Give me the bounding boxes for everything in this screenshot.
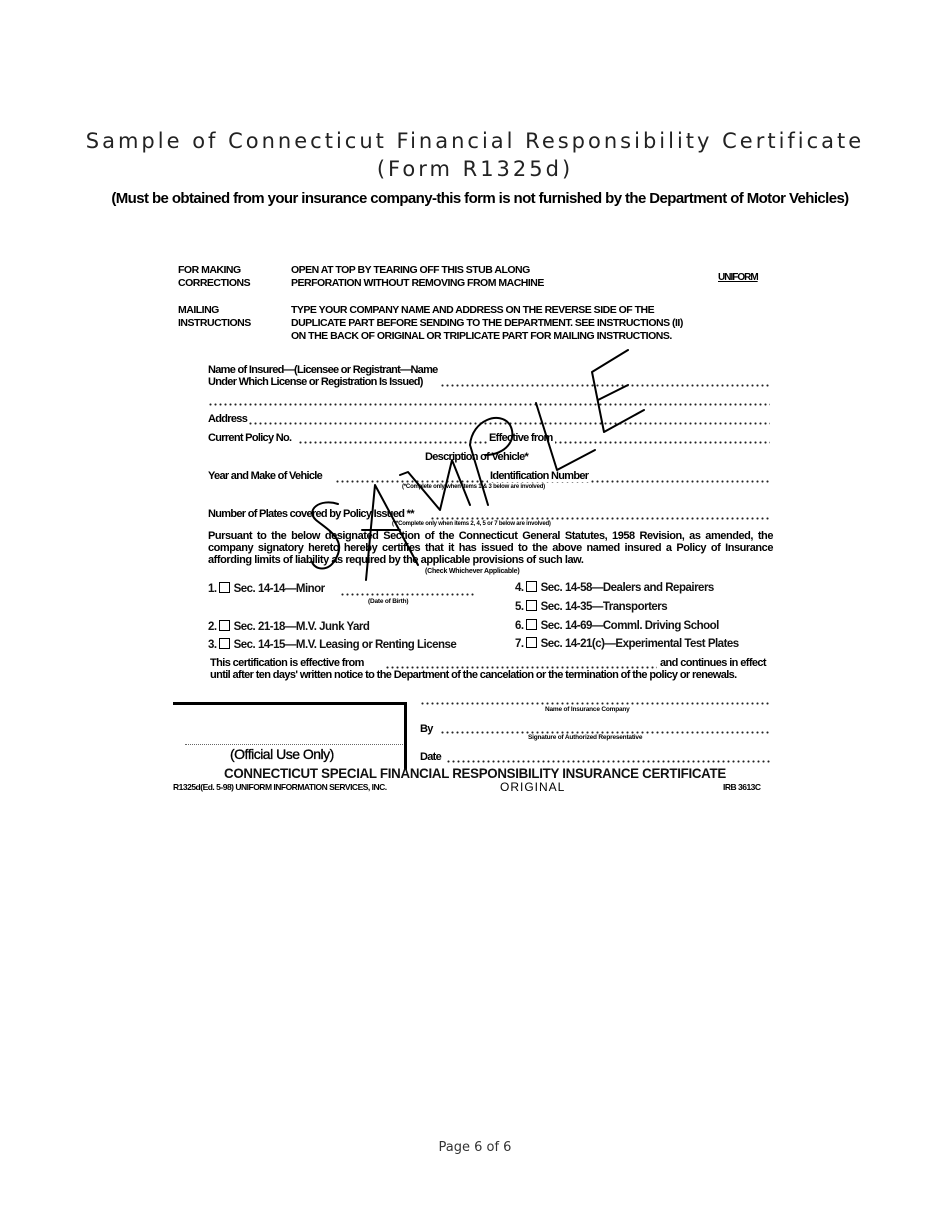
section-checkbox-1[interactable]: [219, 582, 230, 593]
address-label: Address: [208, 413, 249, 425]
name-insured-label-line: Name of Insured—(Licensee or Registrant—…: [208, 364, 438, 376]
section-number: 3.: [208, 639, 217, 651]
name-insured-label: Name of Insured—(Licensee or Registrant—…: [208, 364, 440, 388]
certificate-footer-title: CONNECTICUT SPECIAL FINANCIAL RESPONSIBI…: [185, 765, 765, 781]
pursuant-paragraph: Pursuant to the below designated Section…: [208, 530, 773, 566]
insurance-company-note: Name of Insurance Company: [545, 706, 630, 713]
plates-note: (**Complete only when items 2, 4, 5 or 7…: [392, 521, 551, 528]
mailing-label: MAILING INSTRUCTIONS: [178, 304, 251, 330]
section-label: Sec. 21-18—M.V. Junk Yard: [234, 621, 370, 633]
plates-label: Number of Plates covered by Policy Issue…: [208, 508, 416, 520]
section-checkbox-7[interactable]: [526, 637, 537, 648]
insurance-company-line[interactable]: [420, 702, 770, 705]
name-insured-line[interactable]: [440, 384, 770, 387]
by-label: By: [420, 723, 435, 735]
section-checkbox-4[interactable]: [526, 581, 537, 592]
corrections-text-line: PERFORATION WITHOUT REMOVING FROM MACHIN…: [291, 277, 544, 290]
section-checkbox-5[interactable]: [526, 600, 537, 611]
section-label: Sec. 14-21(c)—Experimental Test Plates: [541, 638, 739, 650]
effective-text-start: This certification is effective from: [210, 657, 364, 669]
section-label: Sec. 14-14—Minor: [234, 583, 325, 595]
section-item-1: 1.Sec. 14-14—Minor: [208, 582, 325, 595]
section-item-3: 3.Sec. 14-15—M.V. Leasing or Renting Lic…: [208, 638, 456, 651]
document-title: Sample of Connecticut Financial Responsi…: [0, 129, 950, 153]
effective-text-notice: until after ten days' written notice to …: [210, 669, 737, 681]
section-item-2: 2.Sec. 21-18—M.V. Junk Yard: [208, 620, 369, 633]
uniform-mark: UNIFORM: [718, 272, 758, 283]
corrections-text-line: OPEN AT TOP BY TEARING OFF THIS STUB ALO…: [291, 264, 544, 277]
date-of-birth-line[interactable]: [340, 593, 475, 596]
page-indicator: Page 6 of 6: [0, 1140, 950, 1155]
effective-from-label: Effective from: [487, 432, 555, 444]
obtain-note: (Must be obtained from your insurance co…: [110, 190, 850, 208]
form-code: IRB 3613C: [723, 782, 761, 792]
section-checkbox-6[interactable]: [526, 619, 537, 630]
form-number-title: (Form R1325d): [0, 157, 950, 181]
mailing-text-line: ON THE BACK OF ORIGINAL OR TRIPLICATE PA…: [291, 330, 683, 343]
name-insured-line-2[interactable]: [208, 403, 770, 406]
policy-number-label: Current Policy No.: [208, 432, 293, 444]
plates-line[interactable]: [430, 517, 770, 520]
section-number: 5.: [515, 601, 524, 613]
address-line[interactable]: [248, 422, 770, 425]
official-use-line: [185, 744, 403, 745]
vehicle-note: (*Complete only when items 1 & 3 below a…: [402, 484, 545, 491]
section-item-5: 5.Sec. 14-35—Transporters: [515, 600, 667, 613]
date-line[interactable]: [446, 760, 770, 763]
effective-text-continues: and continues in effect: [660, 657, 766, 669]
section-label: Sec. 14-35—Transporters: [541, 601, 668, 613]
mailing-label-line: INSTRUCTIONS: [178, 317, 251, 330]
mailing-text-line: DUPLICATE PART BEFORE SENDING TO THE DEP…: [291, 317, 683, 330]
section-number: 2.: [208, 621, 217, 633]
signature-note: Signature of Authorized Representative: [528, 734, 642, 741]
date-of-birth-note: (Date of Birth): [368, 598, 408, 605]
section-item-7: 7.Sec. 14-21(c)—Experimental Test Plates: [515, 637, 739, 650]
form-edition: R1325d(Ed. 5-98) UNIFORM INFORMATION SER…: [173, 782, 387, 792]
sample-watermark: [0, 0, 950, 1230]
mailing-label-line: MAILING: [178, 304, 251, 317]
corrections-label-line: CORRECTIONS: [178, 277, 250, 290]
section-label: Sec. 14-15—M.V. Leasing or Renting Licen…: [234, 639, 457, 651]
name-insured-label-line: Under Which License or Registration Is I…: [208, 376, 438, 388]
section-checkbox-2[interactable]: [219, 620, 230, 631]
section-item-6: 6.Sec. 14-69—Comml. Driving School: [515, 619, 719, 632]
section-number: 4.: [515, 582, 524, 594]
section-number: 6.: [515, 620, 524, 632]
section-label: Sec. 14-58—Dealers and Repairers: [541, 582, 714, 594]
check-note: (Check Whichever Applicable): [425, 568, 520, 575]
date-label: Date: [420, 751, 443, 763]
section-number: 7.: [515, 638, 524, 650]
corrections-text: OPEN AT TOP BY TEARING OFF THIS STUB ALO…: [291, 264, 544, 290]
section-label: Sec. 14-69—Comml. Driving School: [541, 620, 719, 632]
original-stamp: ORIGINAL: [500, 780, 565, 794]
vehicle-description-heading: Description of Vehicle*: [425, 451, 530, 463]
section-item-4: 4.Sec. 14-58—Dealers and Repairers: [515, 581, 714, 594]
official-use-label: (Official Use Only): [230, 746, 334, 762]
mailing-text: TYPE YOUR COMPANY NAME AND ADDRESS ON TH…: [291, 304, 683, 343]
corrections-label: FOR MAKING CORRECTIONS: [178, 264, 250, 290]
mailing-text-line: TYPE YOUR COMPANY NAME AND ADDRESS ON TH…: [291, 304, 683, 317]
identification-number-label: Identification Number: [488, 470, 590, 482]
section-checkbox-3[interactable]: [219, 638, 230, 649]
corrections-label-line: FOR MAKING: [178, 264, 250, 277]
section-number: 1.: [208, 583, 217, 595]
year-make-label: Year and Make of Vehicle: [208, 470, 324, 482]
